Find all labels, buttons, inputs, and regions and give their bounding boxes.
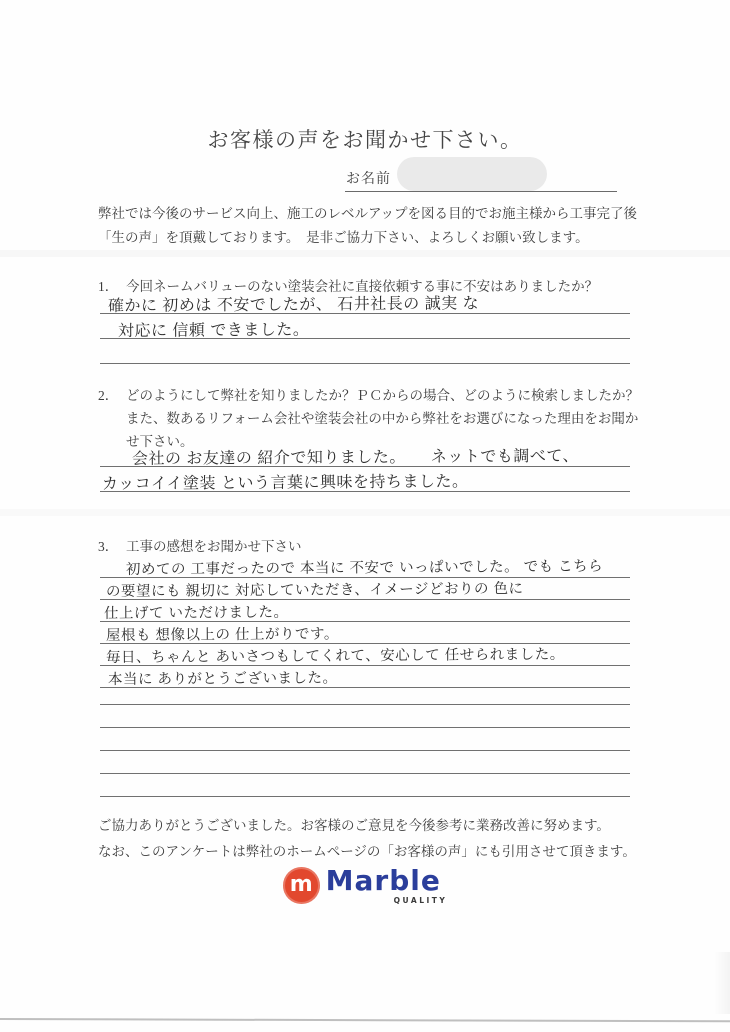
name-field: お名前 xyxy=(345,160,617,192)
company-logo: m Marble QUALITY xyxy=(0,866,730,905)
answer-line: 仕上げて いただけました。 xyxy=(100,600,630,622)
handwritten-answer: 初めての 工事だったので 本当に 不安で いっぱいでした。 でも こちら xyxy=(126,555,603,579)
handwritten-answer: 毎日、ちゃんと あいさつもしてくれて、安心して 任せられました。 xyxy=(106,643,565,667)
name-redaction-blob xyxy=(397,157,547,191)
question-2-answer-area: 会社の お友達の 紹介で知りました。 ネットでも調べて、 カッコイイ塗装 という… xyxy=(100,442,630,492)
blank-ruled-line xyxy=(100,751,630,774)
logo-wordmark: Marble xyxy=(326,866,448,897)
intro-paragraph: 弊社では今後のサービス向上、施工のレベルアップを図る目的でお施主様から工事完了後… xyxy=(98,202,643,249)
page-title: お客様の声をお聞かせ下さい。 xyxy=(0,124,730,154)
question-3-number: 3． xyxy=(98,535,126,558)
question-3-answer-area: 初めての 工事だったので 本当に 不安で いっぱいでした。 でも こちら の要望… xyxy=(100,556,630,688)
answer-line: カッコイイ塗装 という言葉に興味を持ちました。 xyxy=(100,467,630,492)
blank-ruled-line xyxy=(100,682,630,705)
logo-tagline: QUALITY xyxy=(394,896,448,905)
scan-artifact-band xyxy=(0,509,730,516)
scan-artifact-band xyxy=(0,250,730,257)
blank-ruled-line xyxy=(100,774,630,797)
answer-line: 会社の お友達の 紹介で知りました。 ネットでも調べて、 xyxy=(100,442,630,467)
answer-line: 屋根も 想像以上の 仕上がりです。 xyxy=(100,622,630,644)
name-label: お名前 xyxy=(346,168,391,188)
scan-artifact-smudge xyxy=(714,952,730,1014)
question-3-text: 工事の感想をお聞かせ下さい xyxy=(126,535,302,558)
logo-text: Marble QUALITY xyxy=(326,866,448,905)
blank-ruled-line xyxy=(100,705,630,728)
handwritten-answer: の要望にも 親切に 対応していただき、イメージどおりの 色に xyxy=(106,577,524,601)
answer-line: 初めての 工事だったので 本当に 不安で いっぱいでした。 でも こちら xyxy=(100,556,630,578)
handwritten-answer: 対応に 信頼 できました。 xyxy=(118,317,310,341)
answer-line: 毎日、ちゃんと あいさつもしてくれて、安心して 任せられました。 xyxy=(100,644,630,666)
handwritten-answer: 会社の お友達の 紹介で知りました。 ネットでも調べて、 xyxy=(132,443,579,469)
handwritten-answer: カッコイイ塗装 という言葉に興味を持ちました。 xyxy=(102,468,469,494)
scan-edge-line xyxy=(0,1018,730,1022)
handwritten-answer: 確かに 初めは 不安でしたが、 石井社長の 誠実 な xyxy=(108,290,479,316)
footer-line: ご協力ありがとうございました。お客様のご意見を今後参考に業務改善に努めます。 xyxy=(98,813,643,839)
answer-line: 対応に 信頼 できました。 xyxy=(100,314,630,339)
footer-note: ご協力ありがとうございました。お客様のご意見を今後参考に業務改善に努めます。 な… xyxy=(98,813,643,865)
blank-ruled-line xyxy=(100,339,630,364)
logo-m-circle-icon: m xyxy=(283,867,320,904)
intro-line: 弊社では今後のサービス向上、施工のレベルアップを図る目的でお施主様から工事完了後 xyxy=(98,202,643,226)
intro-line: 「生の声」を頂戴しております。 是非ご協力下さい、よろしくお願い致します。 xyxy=(98,226,643,250)
handwritten-answer: 屋根も 想像以上の 仕上がりです。 xyxy=(106,622,339,645)
scanned-questionnaire-page: お客様の声をお聞かせ下さい。 お名前 弊社では今後のサービス向上、施工のレベルア… xyxy=(0,0,730,1032)
footer-line: なお、このアンケートは弊社のホームページの「お客様の声」にも引用させて頂きます。 xyxy=(98,839,643,865)
answer-line: の要望にも 親切に 対応していただき、イメージどおりの 色に xyxy=(100,578,630,600)
handwritten-answer: 仕上げて いただけました。 xyxy=(104,601,289,623)
question-1-answer-area: 確かに 初めは 不安でしたが、 石井社長の 誠実 な 対応に 信頼 できました。 xyxy=(100,289,630,364)
answer-line: 確かに 初めは 不安でしたが、 石井社長の 誠実 な xyxy=(100,289,630,314)
blank-ruled-line xyxy=(100,728,630,751)
question-3-blank-lines xyxy=(100,682,630,797)
